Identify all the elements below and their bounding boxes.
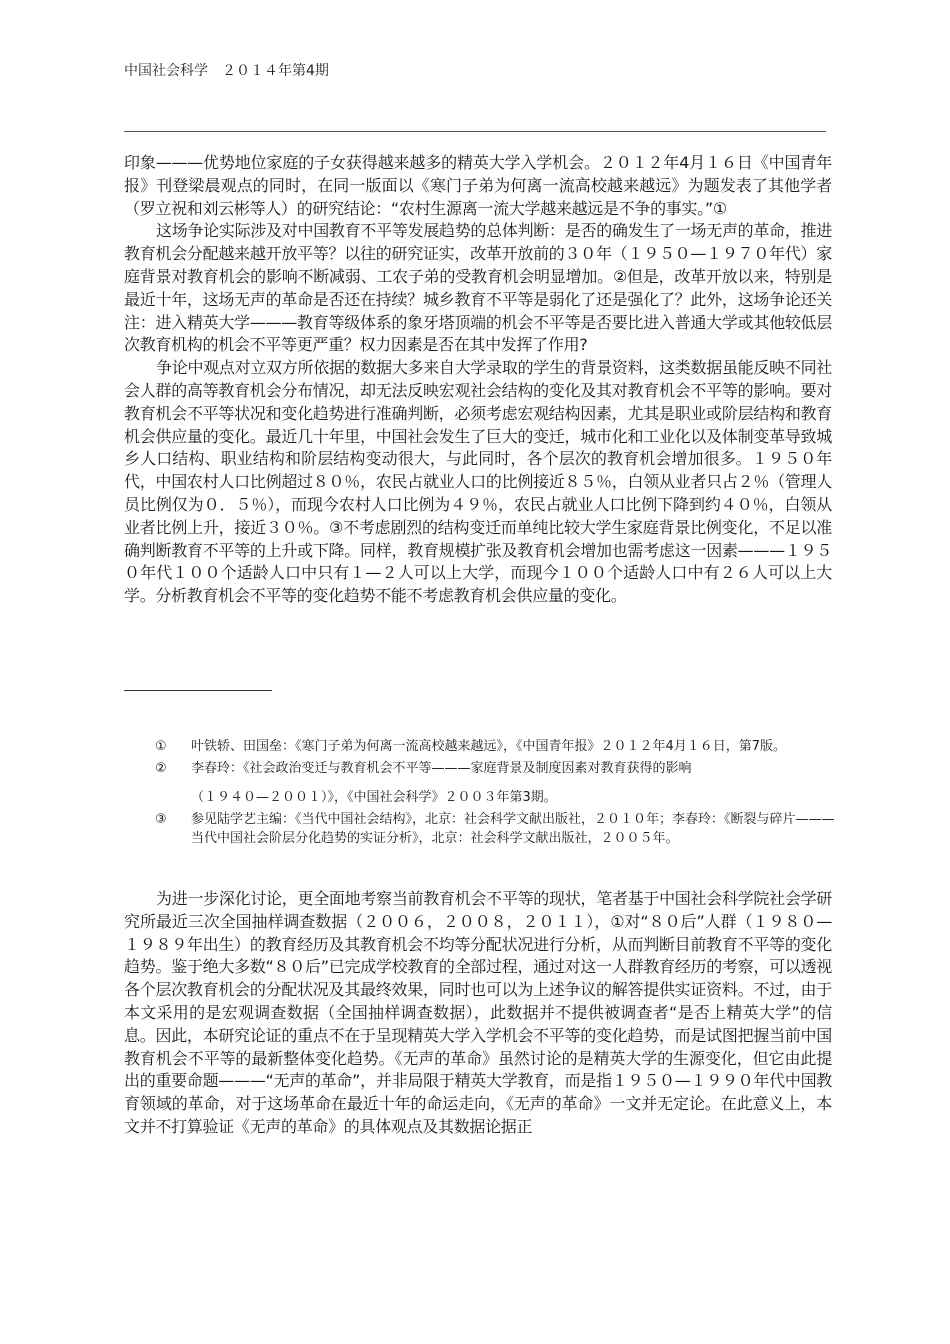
footnotes: ① 叶铁轿、田国垒：《寒门子弟为何离一流高校越来越远》，《中国青年报》２０１２年… [155,737,835,851]
footnote-number: ② [155,759,191,807]
footnote-1: ① 叶铁轿、田国垒：《寒门子弟为何离一流高校越来越远》，《中国青年报》２０１２年… [155,737,835,756]
header-divider [124,131,826,132]
footnote-text-continued: （１９４０—２００１）》，《中国社会科学》２００３年第3期。 [191,788,835,807]
paragraph: 这场争论实际涉及对中国教育不平等发展趋势的总体判断：是否的确发生了一场无声的革命… [124,220,832,357]
footnote-text: 参见陆学艺主编：《当代中国社会结构》，北京：社会科学文献出版社，２０１０年；李春… [191,812,835,846]
footnote-number: ③ [155,810,191,848]
footnote-2: ② 李春玲：《社会政治变迁与教育机会不平等———家庭背景及制度因素对教育获得的影… [155,759,835,807]
body-section-2: 为进一步深化讨论，更全面地考察当前教育机会不平等的现状，笔者基于中国社会科学院社… [124,888,832,1139]
footnote-3: ③ 参见陆学艺主编：《当代中国社会结构》，北京：社会科学文献出版社，２０１０年；… [155,810,835,848]
paragraph: 争论中观点对立双方所依据的数据大多来自大学录取的学生的背景资料，这类数据虽能反映… [124,357,832,608]
body-section-1: 印象———优势地位家庭的子女获得越来越多的精英大学入学机会。２０１２年4月１６日… [124,152,832,608]
running-header: 中国社会科学 ２０１４年第4期 [124,60,329,80]
underline-mark [124,690,272,691]
footnote-number: ① [155,737,191,756]
footnote-text: 叶铁轿、田国垒：《寒门子弟为何离一流高校越来越远》，《中国青年报》２０１２年4月… [191,739,786,754]
paragraph: 印象———优势地位家庭的子女获得越来越多的精英大学入学机会。２０１２年4月１６日… [124,152,832,220]
footnote-text: 李春玲：《社会政治变迁与教育机会不平等———家庭背景及制度因素对教育获得的影响 [191,761,692,776]
paragraph: 为进一步深化讨论，更全面地考察当前教育机会不平等的现状，笔者基于中国社会科学院社… [124,888,832,1139]
